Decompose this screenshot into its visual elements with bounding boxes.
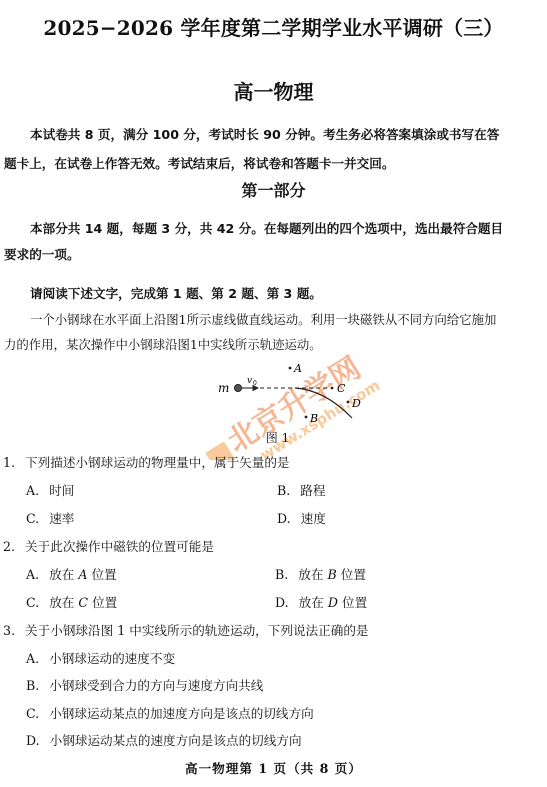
q3-option-c[interactable]: C.小钢球运动某点的加速度方向是该点的切线方向: [26, 703, 314, 722]
steel-ball-icon: [235, 385, 242, 392]
figure-caption: 图 1: [0, 429, 547, 446]
point-b-marker: [305, 416, 308, 419]
passage-line-2: 力的作用，某次操作中小钢球沿图1中实线所示轨迹运动。: [4, 335, 322, 353]
option-key: D.: [26, 733, 40, 748]
option-key: B.: [26, 678, 39, 693]
q2-option-d[interactable]: D.放在 D 位置: [275, 592, 367, 611]
subject-title: 高一物理: [0, 76, 547, 105]
option-text: 放在: [49, 595, 74, 610]
option-key: C.: [26, 511, 39, 526]
option-key: D.: [277, 511, 291, 526]
option-text: 小钢球受到合力的方向与速度方向共线: [49, 678, 263, 693]
question-stem: 关于小钢球沿图 1 中实线所示的轨迹运动，下列说法正确的是: [25, 623, 368, 638]
option-key: B.: [277, 483, 290, 498]
option-key: B.: [275, 567, 288, 582]
point-d-marker: [347, 401, 350, 404]
option-variable: D: [328, 595, 338, 610]
option-variable: C: [78, 595, 88, 610]
q1-option-d[interactable]: D.速度: [277, 508, 326, 527]
option-key: A.: [26, 651, 39, 666]
question-2: 2. 关于此次操作中磁铁的位置可能是: [3, 536, 214, 555]
option-text: 位置: [341, 567, 366, 582]
q2-option-b[interactable]: B.放在 B 位置: [275, 564, 366, 583]
option-text: 位置: [342, 595, 367, 610]
question-3: 3. 关于小钢球沿图 1 中实线所示的轨迹运动，下列说法正确的是: [3, 620, 369, 639]
question-number: 3.: [3, 623, 15, 638]
velocity-subscript: 0: [253, 380, 257, 387]
point-c-label: C: [337, 382, 346, 395]
question-number: 1.: [3, 455, 15, 470]
option-variable: A: [78, 567, 87, 582]
section-desc-line-1: 本部分共 14 题，每题 3 分，共 42 分。在每题列出的四个选项中，选出最符…: [30, 218, 547, 237]
q3-option-d[interactable]: D.小钢球运动某点的速度方向是该点的切线方向: [26, 730, 302, 749]
option-text: 位置: [92, 595, 117, 610]
q2-option-a[interactable]: A.放在 A 位置: [26, 564, 117, 583]
q3-option-b[interactable]: B.小钢球受到合力的方向与速度方向共线: [26, 675, 263, 694]
option-key: D.: [275, 595, 289, 610]
q2-option-c[interactable]: C.放在 C 位置: [26, 592, 117, 611]
section-desc-line-2: 要求的一项。: [4, 244, 544, 263]
point-c-marker: [331, 387, 334, 390]
option-text: 位置: [91, 567, 116, 582]
question-stem: 下列描述小钢球运动的物理量中，属于矢量的是: [25, 455, 289, 470]
exam-title: 2025−2026 学年度第二学期学业水平调研（三）: [0, 12, 547, 41]
section-title: 第一部分: [0, 178, 547, 201]
option-key: C.: [26, 706, 39, 721]
option-text: 小钢球运动某点的加速度方向是该点的切线方向: [49, 706, 313, 721]
option-text: 小钢球运动某点的速度方向是该点的切线方向: [50, 733, 302, 748]
point-a-label: A: [293, 362, 302, 375]
option-text: 放在: [49, 567, 74, 582]
q3-option-a[interactable]: A.小钢球运动的速度不变: [26, 648, 175, 667]
instructions-line-2: 题卡上，在试卷上作答无效。考试结束后，将试卷和答题卡一并交回。: [4, 153, 544, 172]
question-1: 1. 下列描述小钢球运动的物理量中，属于矢量的是: [3, 452, 290, 471]
option-key: A.: [26, 483, 39, 498]
question-number: 2.: [3, 539, 15, 554]
mass-label: m: [218, 381, 229, 395]
point-a-marker: [289, 367, 292, 370]
q1-option-b[interactable]: B.路程: [277, 480, 325, 499]
option-text: 速度: [301, 511, 326, 526]
option-text: 放在: [299, 595, 324, 610]
velocity-label: v: [247, 376, 252, 386]
option-text: 路程: [300, 483, 325, 498]
point-d-label: D: [351, 397, 361, 410]
question-stem: 关于此次操作中磁铁的位置可能是: [25, 539, 214, 554]
option-key: C.: [26, 595, 39, 610]
reading-prompt: 请阅读下述文字，完成第 1 题、第 2 题、第 3 题。: [30, 283, 547, 302]
option-variable: B: [327, 567, 336, 582]
option-key: A.: [26, 567, 39, 582]
option-text: 时间: [49, 483, 74, 498]
passage-line-1: 一个小钢球在水平面上沿图1所示虚线做直线运动。利用一块磁铁从不同方向给它施加: [30, 310, 496, 328]
option-text: 速率: [49, 511, 74, 526]
q1-option-c[interactable]: C.速率: [26, 508, 74, 527]
point-b-label: B: [309, 412, 318, 425]
instructions-line-1: 本试卷共 8 页，满分 100 分，考试时长 90 分钟。考生务必将答案填涂或书…: [30, 124, 547, 143]
option-text: 放在: [298, 567, 323, 582]
page-footer: 高一物理第 1 页（共 8 页）: [0, 758, 547, 777]
q1-option-a[interactable]: A.时间: [26, 480, 74, 499]
option-text: 小钢球运动的速度不变: [49, 651, 175, 666]
